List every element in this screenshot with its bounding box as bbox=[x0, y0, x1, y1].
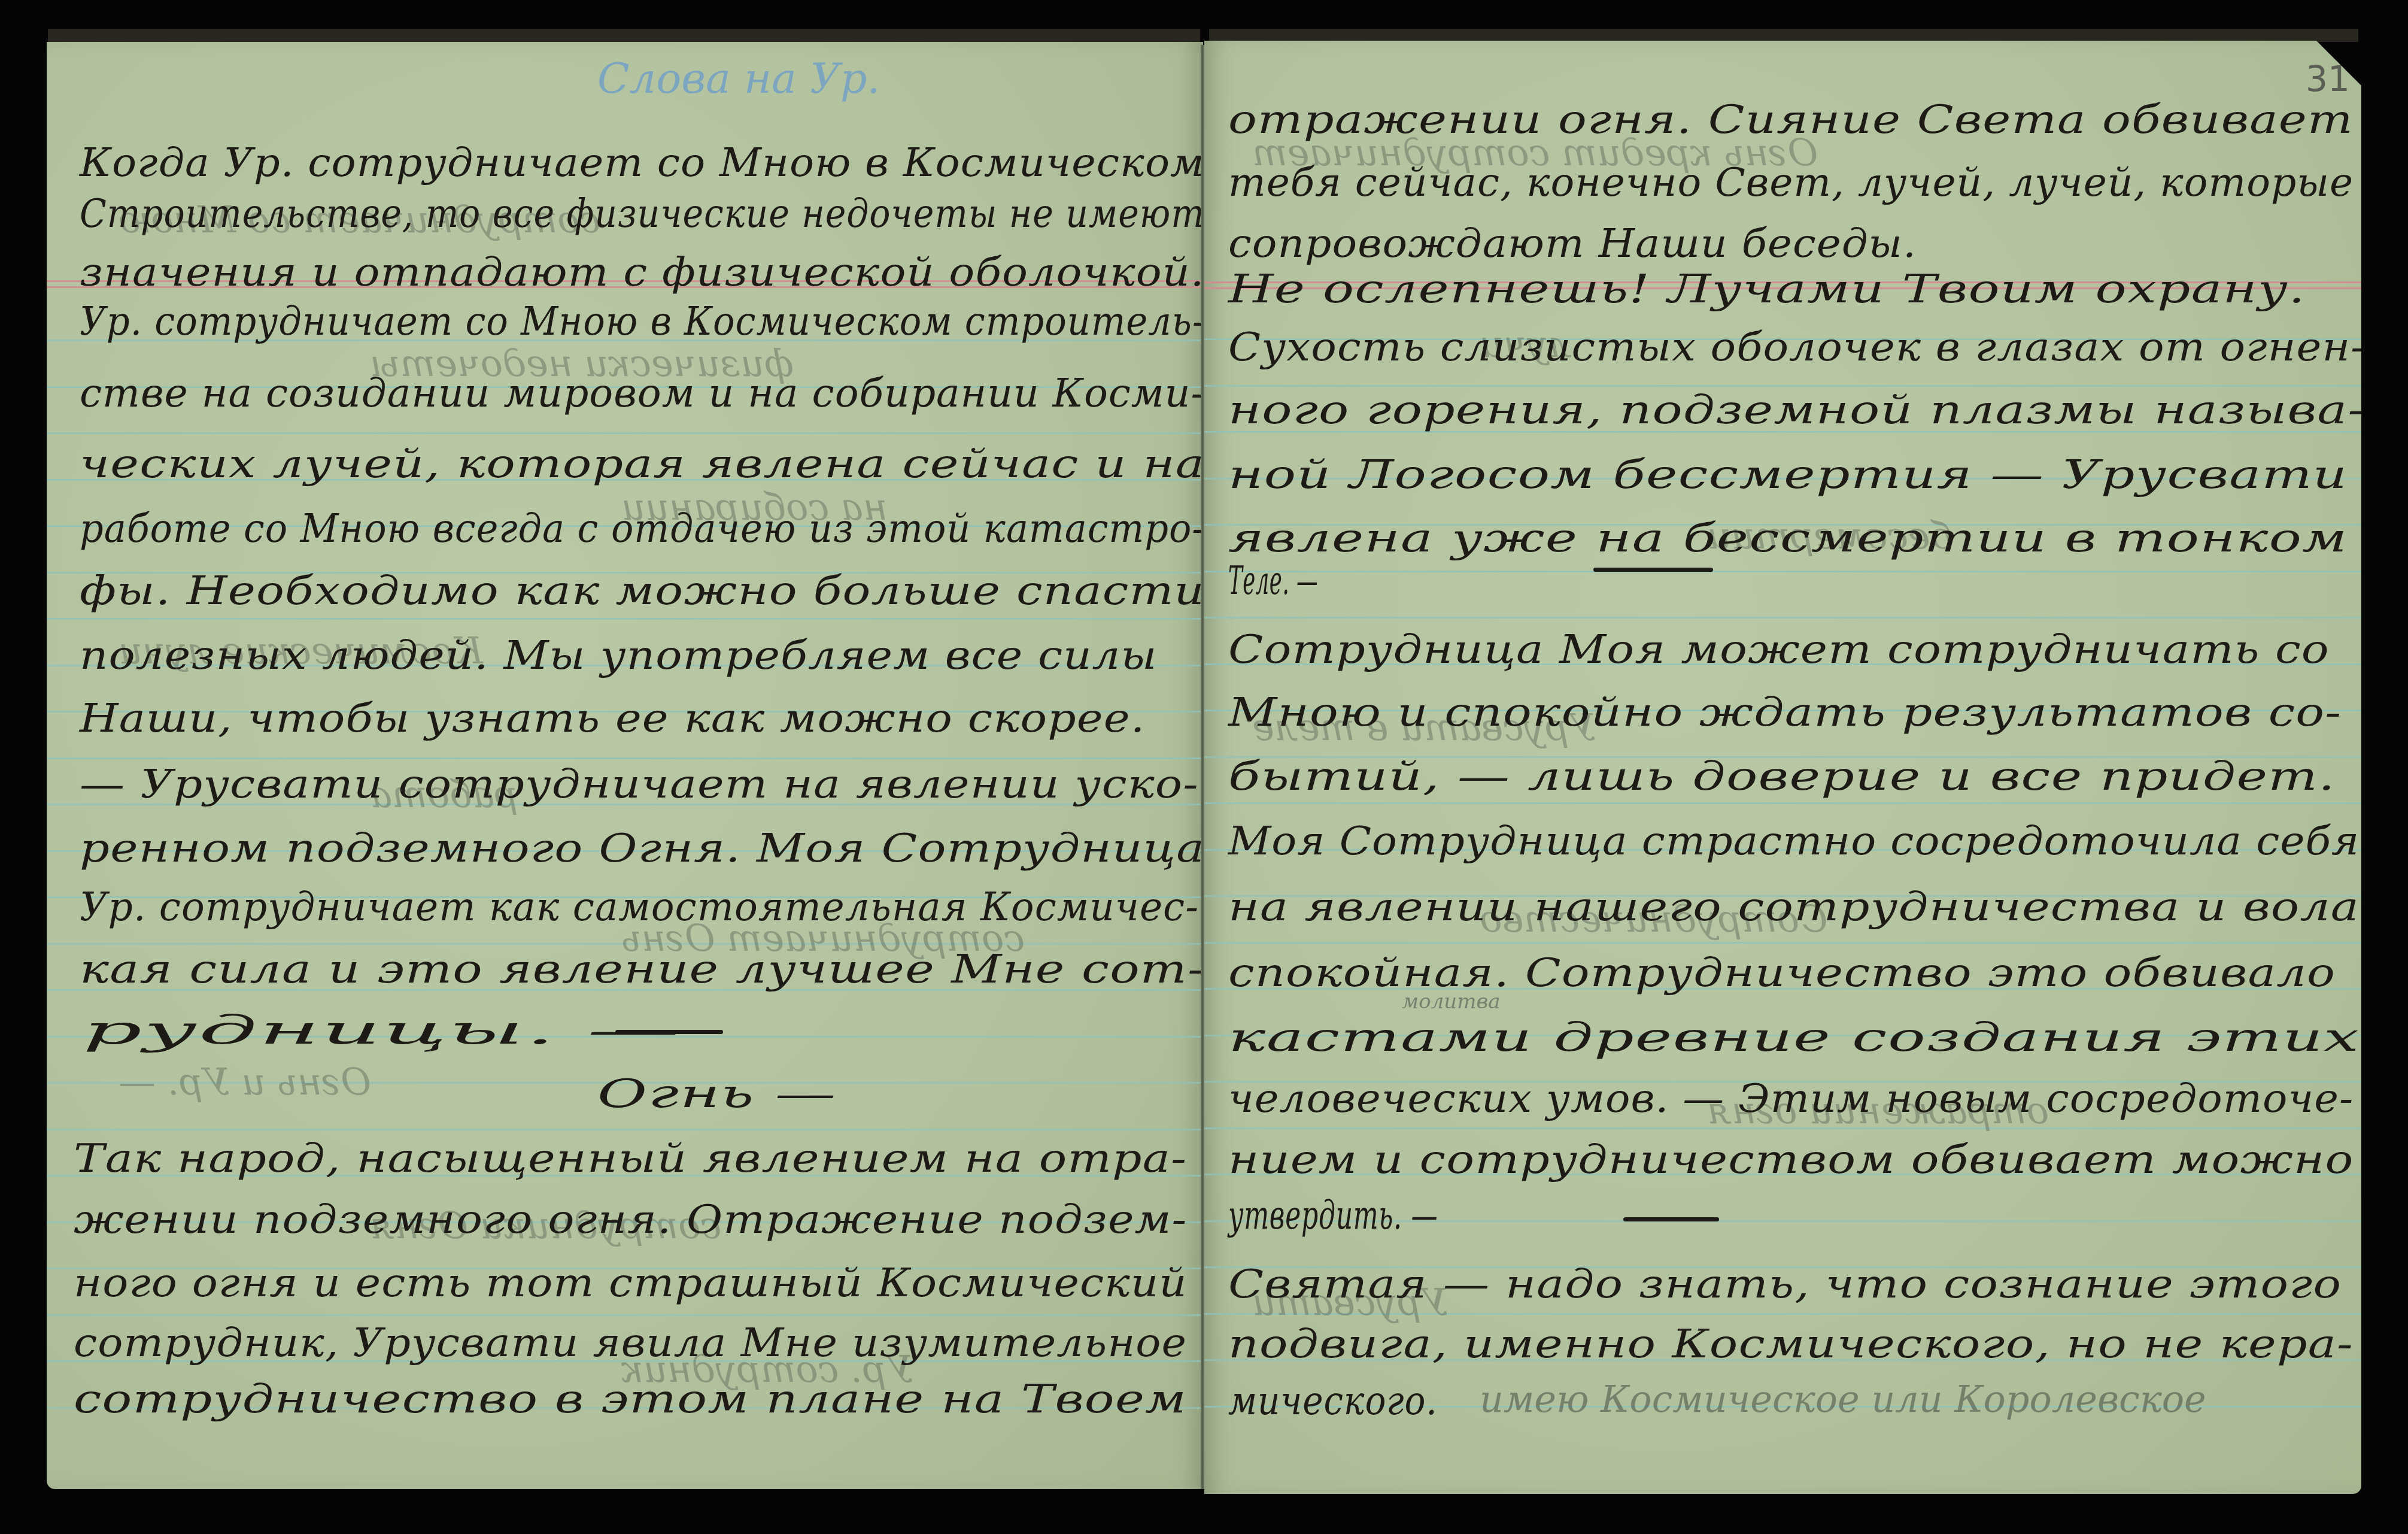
handwritten-line: бытий, — лишь доверие и все придет. bbox=[1228, 753, 2336, 799]
handwritten-line: сопровождают Наши беседы. bbox=[1228, 220, 1917, 266]
handwritten-line: явлена уже на бессмертии в тонком bbox=[1228, 515, 2348, 561]
handwritten-line: Когда Ур. сотрудничает со Мною в Космиче… bbox=[80, 140, 1203, 186]
book-spine bbox=[1201, 45, 1204, 1489]
handwritten-line: Строительстве, то все физические недочет… bbox=[80, 190, 1203, 237]
handwritten-line: утвердить. — bbox=[1228, 1192, 1438, 1238]
handwritten-line: Моя Сотрудница страстно сосредоточила се… bbox=[1228, 818, 2360, 864]
handwritten-line: полезных людей. Мы употребляем все силы bbox=[80, 632, 1157, 678]
book-edge-left bbox=[48, 29, 1200, 42]
ruled-line bbox=[47, 757, 1203, 759]
section-heading: Огнь — bbox=[597, 1071, 837, 1117]
ruled-line bbox=[1204, 942, 2361, 944]
handwritten-line: кая сила и это явление лучшее Мне сот- bbox=[80, 946, 1203, 992]
handwritten-line: мического. bbox=[1228, 1378, 1438, 1424]
bleed-through-text: Огнь и Ур. — bbox=[119, 1060, 371, 1103]
handwritten-line: спокойная. Сотрудничество это обвивало bbox=[1228, 950, 2336, 996]
handwritten-line: значения и отпадают с физической оболочк… bbox=[80, 249, 1203, 295]
handwritten-line: ческих лучей, которая явлена сейчас и на bbox=[80, 441, 1203, 487]
pencil-annotation: молитва bbox=[1402, 990, 1501, 1014]
book-edge-right bbox=[1209, 29, 2358, 42]
handwritten-line: ного горения, подземной плазмы называ- bbox=[1228, 387, 2361, 433]
ruled-line bbox=[47, 432, 1203, 434]
ruled-line bbox=[47, 618, 1203, 620]
handwritten-line: Теле. — bbox=[1228, 557, 1318, 604]
pencil-trailing-note: имею Космическое или Королевское bbox=[1480, 1377, 2206, 1421]
handwritten-line: рудницы. — bbox=[83, 1007, 681, 1053]
handwritten-line: сотрудничество в этом плане на Твоем bbox=[74, 1376, 1187, 1422]
handwritten-line: Сухость слизистых оболочек в глазах от о… bbox=[1228, 324, 2361, 370]
handwritten-line: ной Логосом бессмертия — Урусвати bbox=[1228, 451, 2348, 498]
handwritten-line: человеческих умов. — Этим новым сосредот… bbox=[1228, 1075, 2354, 1121]
ruled-line bbox=[1204, 617, 2361, 619]
handwritten-line: ренном подземного Огня. Моя Сотрудница bbox=[80, 825, 1203, 871]
section-dash bbox=[1623, 1217, 1719, 1221]
left-page: Слова на Ур. сотрудничает со Мноюфизичес… bbox=[47, 42, 1203, 1489]
ruled-line bbox=[47, 1129, 1203, 1130]
blue-pencil-note: Слова на Ур. bbox=[597, 54, 880, 103]
section-dash bbox=[1593, 568, 1713, 572]
right-page: 31 Огнь кредит сотрудничаетлучибессмерти… bbox=[1204, 41, 2361, 1494]
handwritten-line: работе со Мною всегда с отдачею из этой … bbox=[80, 505, 1203, 551]
handwritten-line: тебя сейчас, конечно Свет, лучей, лучей,… bbox=[1228, 159, 2354, 205]
handwritten-line: Наши, чтобы узнать ее как можно скорее. bbox=[80, 695, 1145, 741]
handwritten-line: Ур. сотрудничает как самостоятельная Кос… bbox=[80, 884, 1199, 930]
handwritten-line: Ур. сотрудничает со Мною в Космическом с… bbox=[80, 298, 1203, 344]
handwritten-line: подвига, именно Космического, но не кера… bbox=[1228, 1321, 2354, 1367]
ruled-line bbox=[1204, 571, 2361, 572]
handwritten-line: Мною и спокойно ждать результатов со- bbox=[1228, 689, 2342, 735]
handwritten-line: — Урусвати сотрудничает на явлении уско- bbox=[80, 761, 1199, 807]
handwritten-line: нием и сотрудничеством обвивает можно bbox=[1228, 1136, 2354, 1183]
handwritten-line: отражении огня. Сияние Света обвивает bbox=[1228, 96, 2354, 143]
handwritten-line: жении подземного огня. Отражение подзем- bbox=[74, 1196, 1187, 1242]
handwritten-line: фы. Необходимо как можно больше спасти bbox=[80, 568, 1203, 614]
ruled-line bbox=[1204, 802, 2361, 804]
page-number: 31 bbox=[2306, 59, 2350, 99]
handwritten-line: ного огня и есть тот страшный Космически… bbox=[74, 1260, 1187, 1306]
handwritten-line: кастами древние создания этих bbox=[1228, 1014, 2360, 1060]
handwritten-line: Святая — надо знать, что сознание этого bbox=[1228, 1261, 2342, 1307]
handwritten-line: сотрудник, Урусвати явила Мне изумительн… bbox=[74, 1320, 1187, 1366]
handwritten-line: Сотрудница Моя может сотрудничать со bbox=[1228, 626, 2330, 672]
handwritten-line: Так народ, насыщенный явлением на отра- bbox=[74, 1135, 1187, 1181]
section-dash bbox=[615, 1030, 723, 1034]
handwritten-line: Не ослепнешь! Лучами Твоим охрану. bbox=[1228, 266, 2306, 312]
ruled-line bbox=[47, 1314, 1203, 1316]
handwritten-line: на явлении нашего сотрудничества и вола bbox=[1228, 884, 2360, 930]
handwritten-line: стве на созидании мировом и на собирании… bbox=[80, 370, 1203, 416]
